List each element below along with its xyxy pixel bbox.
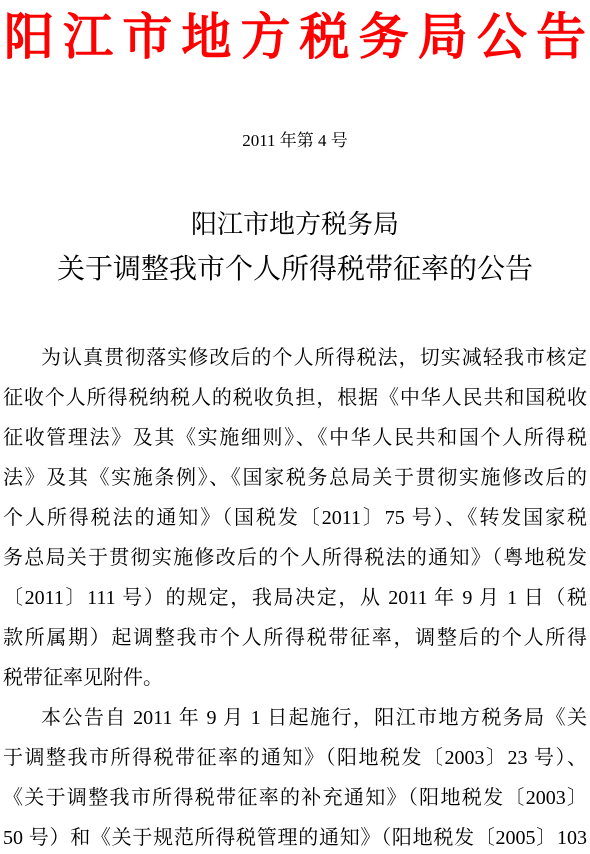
body-line: 本公告自 2011 年 9 月 1 日起施行，阳江市地方税务局《关 xyxy=(3,698,587,738)
body-line: 为认真贯彻落实修改后的个人所得税法，切实减轻我市核定 xyxy=(3,338,587,378)
paragraph-1: 为认真贯彻落实修改后的个人所得税法，切实减轻我市核定 征收个人所得税纳税人的税收… xyxy=(3,338,587,698)
body-line: 于调整我市所得税带征率的通知》（阳地税发〔2003〕23 号）、 xyxy=(3,738,587,778)
document-body: 为认真贯彻落实修改后的个人所得税法，切实减轻我市核定 征收个人所得税纳税人的税收… xyxy=(0,338,590,854)
banner-char: 阳 xyxy=(4,10,54,64)
body-line: 50 号）和《关于规范所得税管理的通知》（阳地税发〔2005〕103 xyxy=(3,818,587,854)
banner-char: 告 xyxy=(536,10,586,64)
body-line: 征收管理法》及其《实施细则》、《中华人民共和国个人所得税 xyxy=(3,418,587,458)
body-line: 征收个人所得税纳税人的税收负担，根据《中华人民共和国税收 xyxy=(3,378,587,418)
banner-char: 局 xyxy=(418,10,468,64)
body-line: 务总局关于贯彻实施修改后的个人所得税法的通知》（粤地税发 xyxy=(3,538,587,578)
banner-char: 公 xyxy=(477,10,527,64)
banner-char: 市 xyxy=(122,10,172,64)
doc-title-organization: 阳江市地方税务局 xyxy=(0,208,590,242)
paragraph-2: 本公告自 2011 年 9 月 1 日起施行，阳江市地方税务局《关 于调整我市所… xyxy=(3,698,587,854)
body-line: 《关于调整我市所得税带征率的补充通知》（阳地税发〔2003〕 xyxy=(3,778,587,818)
banner-char: 税 xyxy=(300,10,350,64)
body-line: 个人所得税法的通知》（国税发〔2011〕75 号）、《转发国家税 xyxy=(3,498,587,538)
banner-char: 务 xyxy=(359,10,409,64)
document-page: 阳 江 市 地 方 税 务 局 公 告 2011 年第 4 号 阳江市地方税务局… xyxy=(0,0,590,854)
body-line: 款所属期）起调整我市个人所得税带征率，调整后的个人所得 xyxy=(3,618,587,658)
banner-title: 阳 江 市 地 方 税 务 局 公 告 xyxy=(0,0,590,64)
body-line: 〔2011〕111 号）的规定，我局决定，从 2011 年 9 月 1 日（税 xyxy=(3,578,587,618)
doc-title-subject: 关于调整我市个人所得税带征率的公告 xyxy=(0,250,590,290)
body-line: 税带征率见附件。 xyxy=(3,658,587,698)
banner-char: 江 xyxy=(63,10,113,64)
body-line: 法》及其《实施条例》、《国家税务总局关于贯彻实施修改后的 xyxy=(3,458,587,498)
banner-char: 方 xyxy=(240,10,290,64)
banner-char: 地 xyxy=(181,10,231,64)
issue-number: 2011 年第 4 号 xyxy=(0,130,590,152)
